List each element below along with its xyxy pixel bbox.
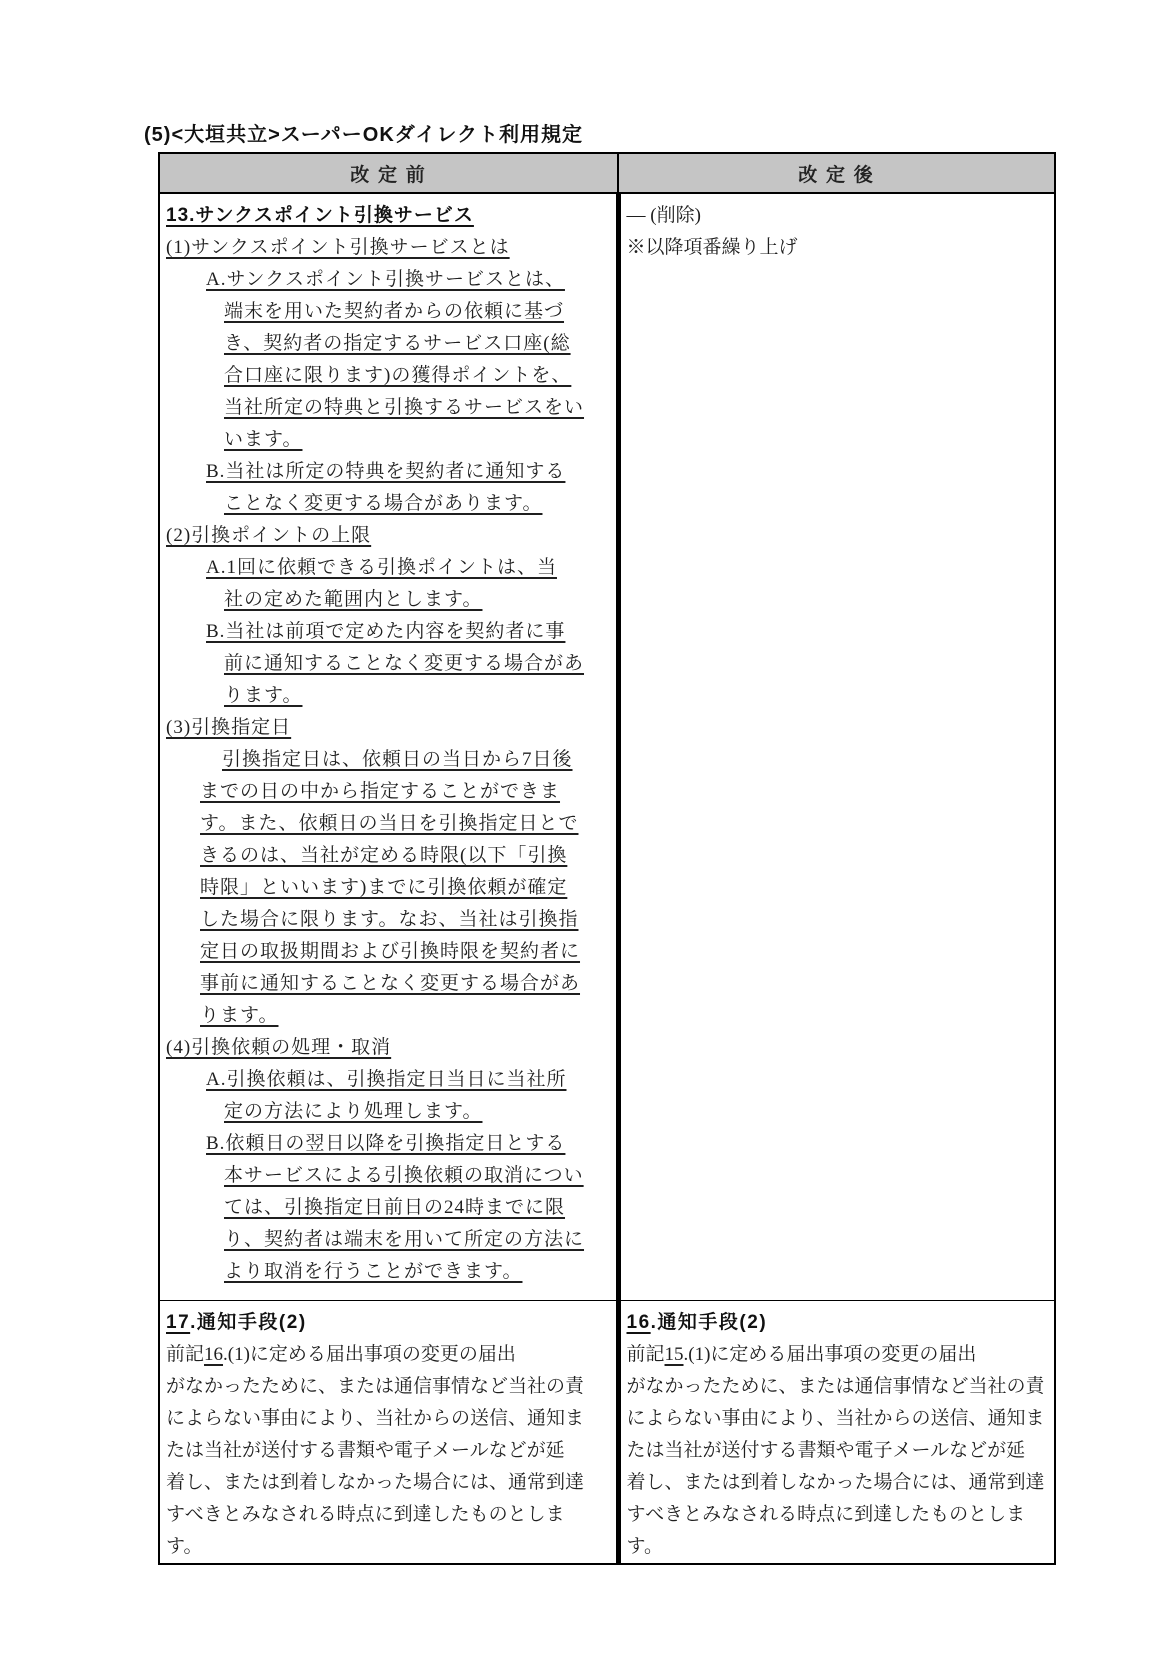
text-line: 前記16.(1)に定める届出事項の変更の届出 <box>166 1339 612 1371</box>
text-segment: ― (削除) <box>627 205 701 226</box>
text-line: A.サンクスポイント引換サービスとは、 <box>206 264 612 296</box>
text-segment: 本サービスによる引換依頼の取消につい <box>224 1165 584 1186</box>
text-segment: によらない事由により、当社からの送信、通知ま <box>166 1408 584 1429</box>
text-segment: すべきとみなされる時点に到達したものとしま <box>166 1504 565 1525</box>
text-segment: .(1)に定める届出事項の変更の届出 <box>223 1344 516 1365</box>
text-segment: A.引換依頼は、引換指定日当日に当社所 <box>206 1069 566 1090</box>
text-segment: き、契約者の指定するサービス口座(総 <box>224 333 571 354</box>
text-line: 端末を用いた契約者からの依頼に基づ <box>224 296 612 328</box>
text-line: B.依頼日の翌日以降を引換指定日とする <box>206 1128 612 1160</box>
text-line: 着し、または到着しなかった場合には、通常到達 <box>166 1467 612 1499</box>
text-line: すべきとみなされる時点に到達したものとしま <box>627 1499 1051 1531</box>
text-segment: 定の方法により処理します。 <box>224 1101 482 1122</box>
text-line: 着し、または到着しなかった場合には、通常到達 <box>627 1467 1051 1499</box>
text-line: ― (削除) <box>627 200 1051 232</box>
text-segment: 引換指定日は、依頼日の当日から7日後 <box>222 749 573 770</box>
text-segment: 当社所定の特典と引換するサービスをい <box>224 397 584 418</box>
text-line: によらない事由により、当社からの送信、通知ま <box>627 1403 1051 1435</box>
text-line: までの日の中から指定することができま <box>200 776 612 808</box>
table-header: 改 定 前 改 定 後 <box>159 153 1055 193</box>
text-segment: .通知手段(2) <box>651 1312 768 1333</box>
table-body: 13.サンクスポイント引換サービス(1)サンクスポイント引換サービスとはA.サン… <box>159 193 1055 1564</box>
text-line: (2)引換ポイントの上限 <box>166 520 612 552</box>
text-line: 社の定めた範囲内とします。 <box>224 584 612 616</box>
text-segment: たは当社が送付する書類や電子メールなどが延 <box>627 1440 1026 1461</box>
text-segment: (4)引換依頼の処理・取消 <box>166 1037 391 1058</box>
text-segment: 時限」といいます)までに引換依頼が確定 <box>200 877 567 898</box>
text-line: 引換指定日は、依頼日の当日から7日後 <box>222 744 612 776</box>
text-segment: す。 <box>166 1536 202 1557</box>
text-segment: 事前に通知することなく変更する場合があ <box>200 973 580 994</box>
header-after: 改 定 後 <box>618 153 1055 193</box>
text-segment: .(1)に定める届出事項の変更の届出 <box>684 1344 977 1365</box>
text-line: す。また、依頼日の当日を引換指定日とで <box>200 808 612 840</box>
text-line: すべきとみなされる時点に到達したものとしま <box>166 1499 612 1531</box>
text-line: 13.サンクスポイント引換サービス <box>166 200 612 232</box>
text-segment: B.当社は所定の特典を契約者に通知する <box>206 461 565 482</box>
text-line: 定日の取扱期間および引換時限を契約者に <box>200 936 612 968</box>
text-segment: ※以降項番繰り上げ <box>627 237 798 258</box>
text-segment: 17 <box>166 1312 190 1333</box>
text-segment: ては、引換指定日前日の24時までに限 <box>224 1197 565 1218</box>
text-segment: 前記 <box>627 1344 665 1365</box>
header-row: 改 定 前 改 定 後 <box>159 153 1055 193</box>
text-line: き、契約者の指定するサービス口座(総 <box>224 328 612 360</box>
cell-before: 17.通知手段(2)前記16.(1)に定める届出事項の変更の届出がなかったために… <box>159 1301 618 1565</box>
table-row: 17.通知手段(2)前記16.(1)に定める届出事項の変更の届出がなかったために… <box>159 1301 1055 1565</box>
text-line: たは当社が送付する書類や電子メールなどが延 <box>166 1435 612 1467</box>
text-line: A.1回に依頼できる引換ポイントは、当 <box>206 552 612 584</box>
text-segment: きるのは、当社が定める時限(以下「引換 <box>200 845 567 866</box>
text-segment: 社の定めた範囲内とします。 <box>224 589 482 610</box>
text-segment: がなかったために、または通信事情など当社の責 <box>166 1376 584 1397</box>
text-line: 前に通知することなく変更する場合があ <box>224 648 612 680</box>
text-line: ※以降項番繰り上げ <box>627 232 1051 264</box>
text-segment: 16 <box>627 1312 651 1333</box>
text-segment: 15 <box>665 1344 684 1365</box>
text-line: B.当社は所定の特典を契約者に通知する <box>206 456 612 488</box>
text-line: す。 <box>166 1531 612 1563</box>
text-segment: (2)引換ポイントの上限 <box>166 525 371 546</box>
text-segment: 前に通知することなく変更する場合があ <box>224 653 584 674</box>
text-line: たは当社が送付する書類や電子メールなどが延 <box>627 1435 1051 1467</box>
text-segment: 着し、または到着しなかった場合には、通常到達 <box>627 1472 1045 1493</box>
table-row: 13.サンクスポイント引換サービス(1)サンクスポイント引換サービスとはA.サン… <box>159 193 1055 1301</box>
text-line: (4)引換依頼の処理・取消 <box>166 1032 612 1064</box>
text-segment: (3)引換指定日 <box>166 717 291 738</box>
text-line: ります。 <box>224 680 612 712</box>
text-line: す。 <box>627 1531 1051 1563</box>
text-line: ては、引換指定日前日の24時までに限 <box>224 1192 612 1224</box>
text-segment: ります。 <box>200 1005 278 1026</box>
text-line: (3)引換指定日 <box>166 712 612 744</box>
cell-after: 16.通知手段(2)前記15.(1)に定める届出事項の変更の届出がなかったために… <box>618 1301 1055 1565</box>
text-segment: います。 <box>224 429 302 450</box>
text-segment: A.サンクスポイント引換サービスとは、 <box>206 269 565 290</box>
page-title: (5)<大垣共立>スーパーOKダイレクト利用規定 <box>144 118 583 147</box>
text-segment: 前記 <box>166 1344 204 1365</box>
text-line: ります。 <box>200 1000 612 1032</box>
text-segment: す。 <box>627 1536 663 1557</box>
text-line: 時限」といいます)までに引換依頼が確定 <box>200 872 612 904</box>
text-line: 当社所定の特典と引換するサービスをい <box>224 392 612 424</box>
text-segment: たは当社が送付する書類や電子メールなどが延 <box>166 1440 565 1461</box>
text-segment: 端末を用いた契約者からの依頼に基づ <box>224 301 564 322</box>
text-line: 合口座に限ります)の獲得ポイントを、 <box>224 360 612 392</box>
text-line: 本サービスによる引換依頼の取消につい <box>224 1160 612 1192</box>
text-line: 定の方法により処理します。 <box>224 1096 612 1128</box>
text-line: 前記15.(1)に定める届出事項の変更の届出 <box>627 1339 1051 1371</box>
text-segment: り、契約者は端末を用いて所定の方法に <box>224 1229 584 1250</box>
text-segment: 定日の取扱期間および引換時限を契約者に <box>200 941 580 962</box>
text-segment: した場合に限ります。なお、当社は引換指 <box>200 909 578 930</box>
text-segment: ことなく変更する場合があります。 <box>224 493 542 514</box>
cell-after: ― (削除)※以降項番繰り上げ <box>618 193 1055 1301</box>
text-line: (1)サンクスポイント引換サービスとは <box>166 232 612 264</box>
text-line: り、契約者は端末を用いて所定の方法に <box>224 1224 612 1256</box>
text-line: がなかったために、または通信事情など当社の責 <box>166 1371 612 1403</box>
text-segment: ります。 <box>224 685 302 706</box>
text-segment: (1)サンクスポイント引換サービスとは <box>166 237 510 258</box>
text-line: います。 <box>224 424 612 456</box>
text-line: A.引換依頼は、引換指定日当日に当社所 <box>206 1064 612 1096</box>
text-line: によらない事由により、当社からの送信、通知ま <box>166 1403 612 1435</box>
text-segment: B.当社は前項で定めた内容を契約者に事 <box>206 621 565 642</box>
text-line: ことなく変更する場合があります。 <box>224 488 612 520</box>
text-line: がなかったために、または通信事情など当社の責 <box>627 1371 1051 1403</box>
text-segment: までの日の中から指定することができま <box>200 781 560 802</box>
text-line: きるのは、当社が定める時限(以下「引換 <box>200 840 612 872</box>
text-segment: 合口座に限ります)の獲得ポイントを、 <box>224 365 571 386</box>
text-segment: B.依頼日の翌日以降を引換指定日とする <box>206 1133 565 1154</box>
text-segment: より取消を行うことができます。 <box>224 1261 522 1282</box>
text-segment: A.1回に依頼できる引換ポイントは、当 <box>206 557 557 578</box>
text-segment: .通知手段(2) <box>190 1312 307 1333</box>
text-line: した場合に限ります。なお、当社は引換指 <box>200 904 612 936</box>
revision-table: 改 定 前 改 定 後 13.サンクスポイント引換サービス(1)サンクスポイント… <box>158 152 1056 1565</box>
text-segment: 13.サンクスポイント引換サービス <box>166 205 474 226</box>
text-segment: によらない事由により、当社からの送信、通知ま <box>627 1408 1045 1429</box>
header-before: 改 定 前 <box>159 153 618 193</box>
text-segment: すべきとみなされる時点に到達したものとしま <box>627 1504 1026 1525</box>
text-segment: がなかったために、または通信事情など当社の責 <box>627 1376 1045 1397</box>
text-segment: 16 <box>204 1344 223 1365</box>
text-segment: 着し、または到着しなかった場合には、通常到達 <box>166 1472 584 1493</box>
text-line: 17.通知手段(2) <box>166 1307 612 1339</box>
text-segment: す。また、依頼日の当日を引換指定日とで <box>200 813 578 834</box>
text-line: 事前に通知することなく変更する場合があ <box>200 968 612 1000</box>
text-line: より取消を行うことができます。 <box>224 1256 612 1288</box>
text-line: B.当社は前項で定めた内容を契約者に事 <box>206 616 612 648</box>
cell-before: 13.サンクスポイント引換サービス(1)サンクスポイント引換サービスとはA.サン… <box>159 193 618 1301</box>
text-line: 16.通知手段(2) <box>627 1307 1051 1339</box>
